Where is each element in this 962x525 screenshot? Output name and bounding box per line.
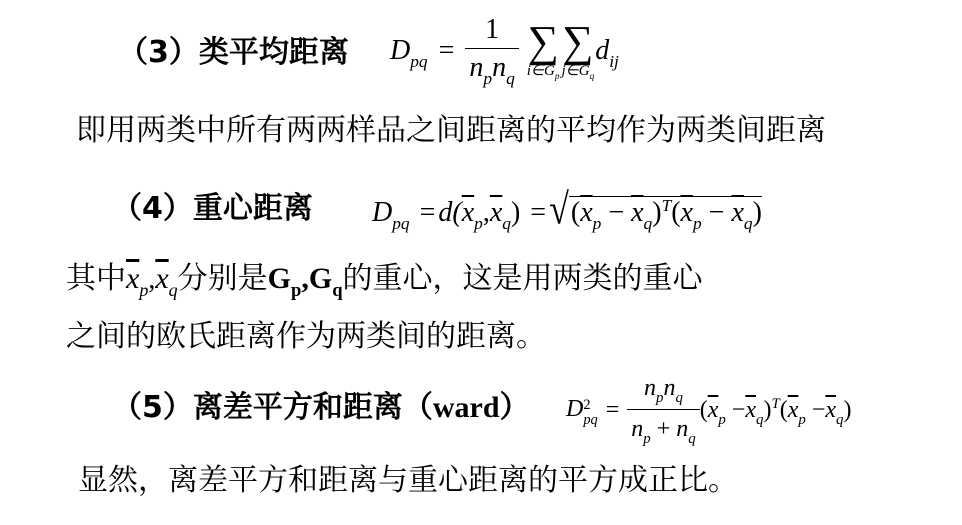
formula-subscript: q [590, 72, 595, 82]
minus-sign: − [732, 397, 746, 423]
item4-title: 重心距离 [193, 191, 313, 226]
fraction-numerator: npnq [627, 370, 699, 410]
sum-limit: i∈G [527, 63, 555, 79]
item5-title-en: ward [433, 391, 500, 424]
centroid-x: x [462, 197, 474, 228]
item4-heading: （4）重心距离 [112, 192, 313, 226]
transpose-superscript: T [662, 196, 672, 215]
equals-sign: = [439, 35, 455, 66]
centroid-x: x [825, 397, 836, 423]
item3-description: 即用两类中所有两两样品之间距离的平均作为两类间距离 [76, 114, 826, 148]
equals-sign: = [530, 197, 546, 228]
text: 分别是 [178, 261, 268, 296]
group-symbol: G [268, 262, 291, 295]
item4-number: （4） [112, 191, 193, 226]
item3-number: （3） [118, 35, 199, 70]
paren: ) [843, 397, 851, 423]
formula-subscript: q [756, 412, 763, 428]
item3-title: 类平均距离 [199, 35, 349, 70]
radicand: (xp − xq)T(xp − xq) [569, 196, 762, 229]
formula-subscript: p [474, 214, 483, 233]
formula-symbol: n [631, 416, 643, 442]
centroid-x: x [155, 262, 168, 295]
paren: ) [511, 197, 520, 228]
paren: ( [780, 397, 788, 423]
paren: ) [753, 197, 762, 228]
fraction-numerator: 1 [465, 12, 518, 49]
text: 其中 [66, 261, 126, 296]
formula-subscript: p [555, 72, 560, 82]
centroid-x: x [788, 397, 799, 423]
centroid-x: x [580, 197, 592, 228]
formula-subscript: pq [392, 214, 409, 233]
centroid-x: x [731, 197, 743, 228]
formula-subscript: q [644, 214, 653, 233]
formula-subscript: p [693, 214, 702, 233]
formula-symbol: n [663, 375, 675, 401]
centroid-x: x [708, 397, 719, 423]
formula-symbol: n [469, 52, 483, 83]
formula-symbol: n [492, 52, 506, 83]
minus-sign: − [709, 197, 725, 228]
formula-subscript: ij [609, 52, 619, 71]
formula-subscript: q [836, 412, 843, 428]
item5-description: 显然，离差平方和距离与重心距离的平方成正比。 [78, 464, 738, 498]
formula-symbol: n [676, 416, 688, 442]
formula-symbol: n [644, 375, 656, 401]
item4-formula: Dpq =d(xp,xq) =√(xp − xq)T(xp − xq) [372, 188, 762, 230]
formula-subscript: q [675, 390, 682, 406]
paren: ) [652, 197, 661, 228]
formula-superscript: 2 [583, 398, 597, 412]
sqrt-icon: √ [549, 184, 569, 234]
centroid-x: x [631, 197, 643, 228]
formula-subscript: q [502, 214, 511, 233]
formula-subscript: p [718, 412, 725, 428]
item5-number: （5） [112, 390, 193, 425]
formula-subscript: p [139, 280, 148, 300]
group-symbol: G [309, 262, 332, 295]
item3-formula: Dpq = 1 npnq ∑ i∈Gp ∑ j∈Gq dij [390, 12, 619, 90]
sigma-icon: ∑ [562, 21, 595, 63]
fraction-denominator: np + nq [627, 410, 699, 451]
item5-title-close: ） [500, 390, 530, 425]
item4-description-line1: 其中xp,xq分别是Gp,Gq的重心，这是用两类的重心 [66, 262, 703, 300]
sum-over-j: ∑ j∈Gq [562, 21, 595, 81]
item5-formula: D2pq = npnq np + nq (xp −xq)T(xp −xq) [566, 370, 851, 451]
equals-sign: = [606, 397, 620, 423]
item4-description-line2: 之间的欧氏距离作为两类间的距离。 [66, 320, 546, 354]
formula-subscript: p [291, 280, 301, 301]
formula-subscript: p [593, 214, 602, 233]
transpose-superscript: T [771, 396, 779, 412]
formula-subscript: q [332, 280, 342, 301]
formula-subscript: q [744, 214, 753, 233]
formula-symbol: d( [438, 197, 461, 228]
formula-symbol: D [566, 396, 583, 422]
centroid-x: x [745, 397, 756, 423]
comma: , [301, 262, 309, 295]
formula-subscript: p [483, 69, 492, 88]
fraction: 1 npnq [465, 12, 518, 90]
paren: ( [671, 197, 680, 228]
paren: ( [700, 397, 708, 423]
formula-subscript: p [798, 412, 805, 428]
centroid-x: x [490, 197, 502, 228]
fraction: npnq np + nq [627, 370, 699, 451]
comma: , [483, 197, 490, 228]
minus-sign: − [608, 197, 624, 228]
sum-over-i: ∑ i∈Gp [527, 21, 560, 81]
formula-subscript: q [688, 431, 695, 447]
paren: ( [571, 197, 580, 228]
fraction-denominator: npnq [465, 49, 518, 90]
item5-heading: （5）离差平方和距离（ward） [112, 391, 530, 425]
minus-sign: − [812, 397, 826, 423]
equals-sign: = [420, 197, 436, 228]
sigma-icon: ∑ [527, 21, 560, 63]
plus-sign: + [657, 416, 671, 442]
sum-limit: j∈G [562, 63, 590, 79]
centroid-x: x [126, 262, 139, 295]
formula-symbol: D [390, 35, 410, 66]
formula-subscript: q [169, 280, 178, 300]
formula-subscript: pq [410, 52, 427, 71]
group-labels: Gp,Gq [268, 262, 343, 295]
formula-subscript: p [656, 390, 663, 406]
item3-heading: （3）类平均距离 [118, 36, 349, 70]
formula-subscript: pq [583, 413, 597, 427]
centroid-x: x [681, 197, 693, 228]
formula-subscript: q [506, 69, 515, 88]
formula-symbol: d [595, 35, 609, 66]
text: 的重心，这是用两类的重心 [343, 261, 703, 296]
formula-symbol: D [372, 197, 392, 228]
item5-title: 离差平方和距离（ [193, 390, 433, 425]
formula-subscript: p [643, 431, 650, 447]
